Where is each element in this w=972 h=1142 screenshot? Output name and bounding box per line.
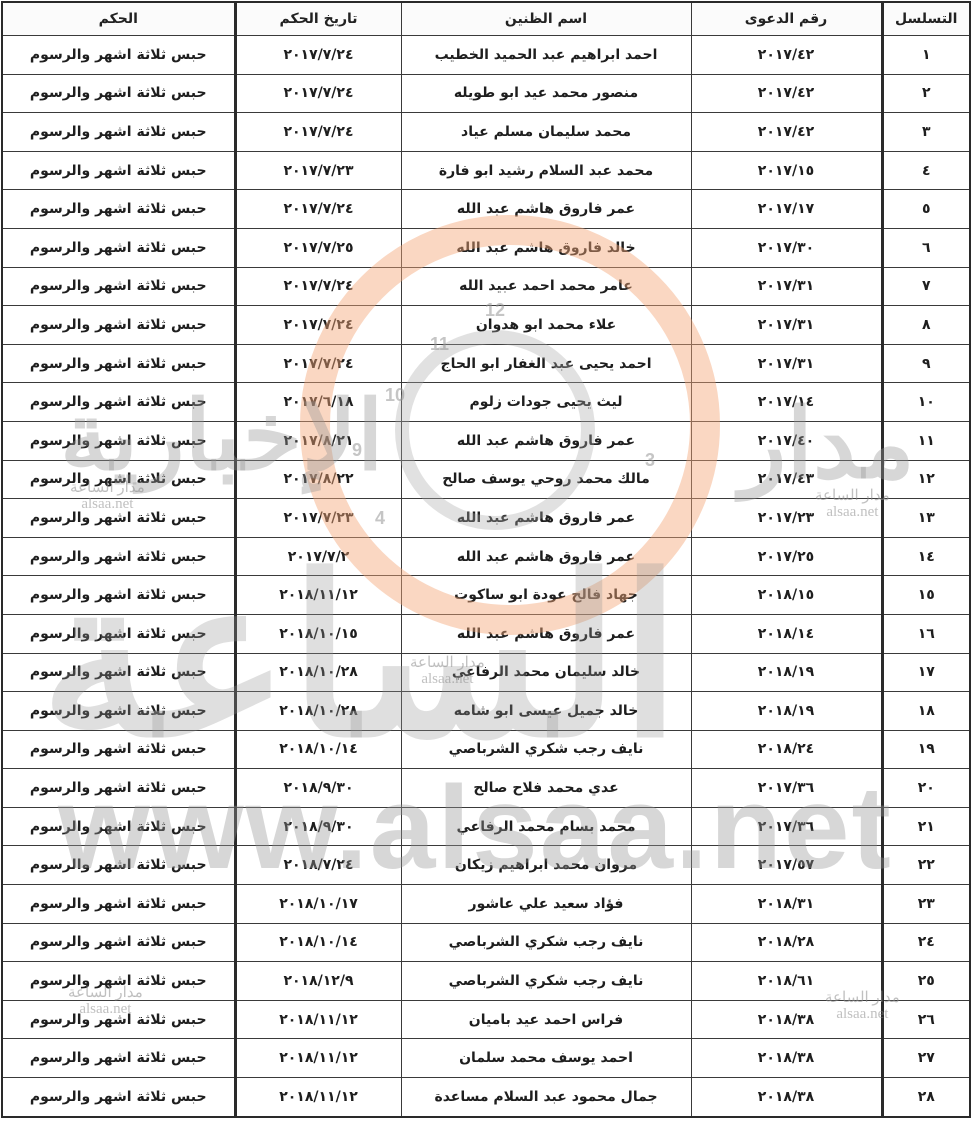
table-row: ٢٢٠١٧/٤٢منصور محمد عيد ابو طويله٢٠١٧/٧/٢…: [2, 74, 970, 113]
serial-cell: ٨: [882, 306, 970, 345]
verdict-date-cell: ٢٠١٨/١٠/٢٨: [235, 692, 401, 731]
verdict-cell: حبس ثلاثة اشهر والرسوم: [2, 344, 235, 383]
case-number-cell: ٢٠١٨/٢٤: [691, 730, 882, 769]
table-row: ١٥٢٠١٨/١٥جهاد فالح عودة ابو ساكوت٢٠١٨/١١…: [2, 576, 970, 615]
verdict-date-cell: ٢٠١٧/٧/٢٥: [235, 228, 401, 267]
serial-cell: ٢٤: [882, 923, 970, 962]
table-row: ١٩٢٠١٨/٢٤نايف رجب شكري الشرباصي٢٠١٨/١٠/١…: [2, 730, 970, 769]
verdict-cell: حبس ثلاثة اشهر والرسوم: [2, 228, 235, 267]
verdict-cell: حبس ثلاثة اشهر والرسوم: [2, 730, 235, 769]
verdict-cell: حبس ثلاثة اشهر والرسوم: [2, 151, 235, 190]
case-number-cell: ٢٠١٨/١٤: [691, 614, 882, 653]
verdict-cell: حبس ثلاثة اشهر والرسوم: [2, 614, 235, 653]
table-row: ١٤٢٠١٧/٢٥عمر فاروق هاشم عبد الله٢٠١٧/٧/٢…: [2, 537, 970, 576]
table-row: ٢٠٢٠١٧/٣٦عدي محمد فلاح صالح٢٠١٨/٩/٣٠حبس …: [2, 769, 970, 808]
defendant-name-cell: خالد جميل عيسى ابو شامه: [401, 692, 691, 731]
verdict-cell: حبس ثلاثة اشهر والرسوم: [2, 576, 235, 615]
table-row: ٢٤٢٠١٨/٢٨نايف رجب شكري الشرباصي٢٠١٨/١٠/١…: [2, 923, 970, 962]
verdict-cell: حبس ثلاثة اشهر والرسوم: [2, 537, 235, 576]
table-row: ١٦٢٠١٨/١٤عمر فاروق هاشم عبد الله٢٠١٨/١٠/…: [2, 614, 970, 653]
table-row: ٥٢٠١٧/١٧عمر فاروق هاشم عبد الله٢٠١٧/٧/٢٤…: [2, 190, 970, 229]
case-number-cell: ٢٠١٧/٣٦: [691, 769, 882, 808]
case-number-cell: ٢٠١٧/١٥: [691, 151, 882, 190]
header-defendant-name: اسم الظنين: [401, 2, 691, 36]
serial-cell: ١٦: [882, 614, 970, 653]
verdict-cell: حبس ثلاثة اشهر والرسوم: [2, 923, 235, 962]
defendant-name-cell: عمر فاروق هاشم عبد الله: [401, 614, 691, 653]
header-serial: التسلسل: [882, 2, 970, 36]
serial-cell: ١٧: [882, 653, 970, 692]
serial-cell: ٢٨: [882, 1078, 970, 1117]
case-number-cell: ٢٠١٨/١٩: [691, 653, 882, 692]
verdict-date-cell: ٢٠١٨/١١/١٢: [235, 1078, 401, 1117]
case-number-cell: ٢٠١٨/٣٨: [691, 1078, 882, 1117]
defendant-name-cell: نايف رجب شكري الشرباصي: [401, 962, 691, 1001]
table-header-row: التسلسل رقم الدعوى اسم الظنين تاريخ الحك…: [2, 2, 970, 36]
defendant-name-cell: محمد سليمان مسلم عياد: [401, 113, 691, 152]
header-verdict: الحكم: [2, 2, 235, 36]
verdict-date-cell: ٢٠١٨/١١/١٢: [235, 1039, 401, 1078]
defendant-name-cell: عمر فاروق هاشم عبد الله: [401, 421, 691, 460]
defendant-name-cell: فؤاد سعيد علي عاشور: [401, 885, 691, 924]
table-row: ١٢٢٠١٧/٤٣مالك محمد روحي يوسف صالح٢٠١٧/٨/…: [2, 460, 970, 499]
case-number-cell: ٢٠١٧/٣٠: [691, 228, 882, 267]
defendant-name-cell: عدي محمد فلاح صالح: [401, 769, 691, 808]
verdict-date-cell: ٢٠١٧/٦/١٨: [235, 383, 401, 422]
verdict-cell: حبس ثلاثة اشهر والرسوم: [2, 113, 235, 152]
defendant-name-cell: احمد يوسف محمد سلمان: [401, 1039, 691, 1078]
verdict-cell: حبس ثلاثة اشهر والرسوم: [2, 499, 235, 538]
verdict-date-cell: ٢٠١٨/١٠/١٤: [235, 730, 401, 769]
case-number-cell: ٢٠١٧/٣١: [691, 306, 882, 345]
defendant-name-cell: محمد عبد السلام رشيد ابو فارة: [401, 151, 691, 190]
serial-cell: ١٠: [882, 383, 970, 422]
verdict-cell: حبس ثلاثة اشهر والرسوم: [2, 306, 235, 345]
table-row: ١٧٢٠١٨/١٩خالد سليمان محمد الرفاعي٢٠١٨/١٠…: [2, 653, 970, 692]
defendant-name-cell: فراس احمد عيد باميان: [401, 1000, 691, 1039]
serial-cell: ٢٢: [882, 846, 970, 885]
case-number-cell: ٢٠١٧/٤٣: [691, 460, 882, 499]
defendant-name-cell: محمد بسام محمد الرفاعي: [401, 807, 691, 846]
defendant-name-cell: نايف رجب شكري الشرباصي: [401, 923, 691, 962]
case-number-cell: ٢٠١٧/٣٦: [691, 807, 882, 846]
defendant-name-cell: احمد ابراهيم عبد الحميد الخطيب: [401, 36, 691, 75]
defendant-name-cell: احمد يحيى عبد الغفار ابو الحاج: [401, 344, 691, 383]
table-row: ١٨٢٠١٨/١٩خالد جميل عيسى ابو شامه٢٠١٨/١٠/…: [2, 692, 970, 731]
verdict-date-cell: ٢٠١٨/١٠/١٤: [235, 923, 401, 962]
verdict-cell: حبس ثلاثة اشهر والرسوم: [2, 190, 235, 229]
case-number-cell: ٢٠١٧/٣١: [691, 344, 882, 383]
case-number-cell: ٢٠١٧/٤٠: [691, 421, 882, 460]
table-row: ٨٢٠١٧/٣١علاء محمد ابو هدوان٢٠١٧/٧/٢٤حبس …: [2, 306, 970, 345]
verdict-cell: حبس ثلاثة اشهر والرسوم: [2, 421, 235, 460]
serial-cell: ١٨: [882, 692, 970, 731]
serial-cell: ٢٦: [882, 1000, 970, 1039]
serial-cell: ١٢: [882, 460, 970, 499]
case-number-cell: ٢٠١٧/١٧: [691, 190, 882, 229]
defendant-name-cell: عامر محمد احمد عبيد الله: [401, 267, 691, 306]
serial-cell: ١٣: [882, 499, 970, 538]
verdict-cell: حبس ثلاثة اشهر والرسوم: [2, 692, 235, 731]
case-number-cell: ٢٠١٨/٣٨: [691, 1039, 882, 1078]
serial-cell: ٢٠: [882, 769, 970, 808]
verdict-date-cell: ٢٠١٧/٨/٢١: [235, 421, 401, 460]
table-row: ٣٢٠١٧/٤٢محمد سليمان مسلم عياد٢٠١٧/٧/٢٤حب…: [2, 113, 970, 152]
verdict-date-cell: ٢٠١٨/١٢/٩: [235, 962, 401, 1001]
verdict-date-cell: ٢٠١٧/٧/٢٣: [235, 499, 401, 538]
table-body: ١٢٠١٧/٤٢احمد ابراهيم عبد الحميد الخطيب٢٠…: [2, 36, 970, 1117]
defendant-name-cell: مالك محمد روحي يوسف صالح: [401, 460, 691, 499]
verdict-date-cell: ٢٠١٨/١٠/٢٨: [235, 653, 401, 692]
verdict-cell: حبس ثلاثة اشهر والرسوم: [2, 74, 235, 113]
table-row: ١٠٢٠١٧/١٤ليث يحيى جودات زلوم٢٠١٧/٦/١٨حبس…: [2, 383, 970, 422]
serial-cell: ٣: [882, 113, 970, 152]
case-number-cell: ٢٠١٨/٦١: [691, 962, 882, 1001]
verdict-cell: حبس ثلاثة اشهر والرسوم: [2, 36, 235, 75]
table-row: ٢٥٢٠١٨/٦١نايف رجب شكري الشرباصي٢٠١٨/١٢/٩…: [2, 962, 970, 1001]
defendant-name-cell: عمر فاروق هاشم عبد الله: [401, 537, 691, 576]
verdict-date-cell: ٢٠١٧/٧/٢٤: [235, 36, 401, 75]
table-row: ٦٢٠١٧/٣٠خالد فاروق هاشم عبد الله٢٠١٧/٧/٢…: [2, 228, 970, 267]
serial-cell: ١١: [882, 421, 970, 460]
serial-cell: ٢: [882, 74, 970, 113]
table-row: ٤٢٠١٧/١٥محمد عبد السلام رشيد ابو فارة٢٠١…: [2, 151, 970, 190]
table-row: ٢٣٢٠١٨/٣١فؤاد سعيد علي عاشور٢٠١٨/١٠/١٧حب…: [2, 885, 970, 924]
case-number-cell: ٢٠١٧/٤٢: [691, 74, 882, 113]
verdict-cell: حبس ثلاثة اشهر والرسوم: [2, 962, 235, 1001]
serial-cell: ٢٧: [882, 1039, 970, 1078]
serial-cell: ٤: [882, 151, 970, 190]
verdict-cell: حبس ثلاثة اشهر والرسوم: [2, 885, 235, 924]
case-number-cell: ٢٠١٧/٤٢: [691, 36, 882, 75]
case-number-cell: ٢٠١٧/٢٣: [691, 499, 882, 538]
defendant-name-cell: مروان محمد ابراهيم زيكان: [401, 846, 691, 885]
verdict-date-cell: ٢٠١٨/١٠/١٧: [235, 885, 401, 924]
table-row: ١١٢٠١٧/٤٠عمر فاروق هاشم عبد الله٢٠١٧/٨/٢…: [2, 421, 970, 460]
verdict-cell: حبس ثلاثة اشهر والرسوم: [2, 460, 235, 499]
verdict-cell: حبس ثلاثة اشهر والرسوم: [2, 1078, 235, 1117]
serial-cell: ٢٥: [882, 962, 970, 1001]
defendant-name-cell: نايف رجب شكري الشرباصي: [401, 730, 691, 769]
verdict-date-cell: ٢٠١٧/٧/٢٤: [235, 344, 401, 383]
verdict-date-cell: ٢٠١٧/٧/٢٤: [235, 267, 401, 306]
verdict-date-cell: ٢٠١٧/٨/٢٢: [235, 460, 401, 499]
verdict-date-cell: ٢٠١٨/١١/١٢: [235, 1000, 401, 1039]
serial-cell: ٥: [882, 190, 970, 229]
table-row: ٢٦٢٠١٨/٣٨فراس احمد عيد باميان٢٠١٨/١١/١٢ح…: [2, 1000, 970, 1039]
verdict-date-cell: ٢٠١٧/٧/٢٤: [235, 306, 401, 345]
verdict-date-cell: ٢٠١٨/١١/١٢: [235, 576, 401, 615]
verdict-date-cell: ٢٠١٨/٩/٣٠: [235, 807, 401, 846]
table-row: ٢١٢٠١٧/٣٦محمد بسام محمد الرفاعي٢٠١٨/٩/٣٠…: [2, 807, 970, 846]
verdict-date-cell: ٢٠١٧/٧/٢٣: [235, 151, 401, 190]
verdict-date-cell: ٢٠١٨/٩/٣٠: [235, 769, 401, 808]
serial-cell: ٩: [882, 344, 970, 383]
serial-cell: ١٤: [882, 537, 970, 576]
serial-cell: ٦: [882, 228, 970, 267]
serial-cell: ٢١: [882, 807, 970, 846]
verdict-date-cell: ٢٠١٨/١٠/١٥: [235, 614, 401, 653]
serial-cell: ٢٣: [882, 885, 970, 924]
verdict-date-cell: ٢٠١٨/٧/٢٤: [235, 846, 401, 885]
serial-cell: ١٥: [882, 576, 970, 615]
defendant-name-cell: جهاد فالح عودة ابو ساكوت: [401, 576, 691, 615]
defendant-name-cell: ليث يحيى جودات زلوم: [401, 383, 691, 422]
defendant-name-cell: منصور محمد عيد ابو طويله: [401, 74, 691, 113]
defendant-name-cell: عمر فاروق هاشم عبد الله: [401, 190, 691, 229]
verdict-cell: حبس ثلاثة اشهر والرسوم: [2, 807, 235, 846]
defendant-name-cell: علاء محمد ابو هدوان: [401, 306, 691, 345]
case-number-cell: ٢٠١٧/٣١: [691, 267, 882, 306]
table-row: ٢٨٢٠١٨/٣٨جمال محمود عبد السلام مساعدة٢٠١…: [2, 1078, 970, 1117]
case-number-cell: ٢٠١٧/٥٧: [691, 846, 882, 885]
serial-cell: ١: [882, 36, 970, 75]
case-number-cell: ٢٠١٨/١٥: [691, 576, 882, 615]
case-number-cell: ٢٠١٧/٢٥: [691, 537, 882, 576]
header-verdict-date: تاريخ الحكم: [235, 2, 401, 36]
verdict-date-cell: ٢٠١٧/٧/٢٤: [235, 190, 401, 229]
table-row: ٩٢٠١٧/٣١احمد يحيى عبد الغفار ابو الحاج٢٠…: [2, 344, 970, 383]
defendant-name-cell: خالد سليمان محمد الرفاعي: [401, 653, 691, 692]
case-number-cell: ٢٠١٧/١٤: [691, 383, 882, 422]
verdict-cell: حبس ثلاثة اشهر والرسوم: [2, 653, 235, 692]
header-case-number: رقم الدعوى: [691, 2, 882, 36]
verdict-cell: حبس ثلاثة اشهر والرسوم: [2, 267, 235, 306]
defendant-name-cell: خالد فاروق هاشم عبد الله: [401, 228, 691, 267]
table-row: ٧٢٠١٧/٣١عامر محمد احمد عبيد الله٢٠١٧/٧/٢…: [2, 267, 970, 306]
case-number-cell: ٢٠١٧/٤٢: [691, 113, 882, 152]
verdict-cell: حبس ثلاثة اشهر والرسوم: [2, 846, 235, 885]
case-number-cell: ٢٠١٨/٣٨: [691, 1000, 882, 1039]
table-row: ١٣٢٠١٧/٢٣عمر فاروق هاشم عبد الله٢٠١٧/٧/٢…: [2, 499, 970, 538]
verdict-date-cell: ٢٠١٧/٧/٢: [235, 537, 401, 576]
verdict-date-cell: ٢٠١٧/٧/٢٤: [235, 113, 401, 152]
verdict-cell: حبس ثلاثة اشهر والرسوم: [2, 769, 235, 808]
case-number-cell: ٢٠١٨/٣١: [691, 885, 882, 924]
table-row: ١٢٠١٧/٤٢احمد ابراهيم عبد الحميد الخطيب٢٠…: [2, 36, 970, 75]
serial-cell: ٧: [882, 267, 970, 306]
verdict-cell: حبس ثلاثة اشهر والرسوم: [2, 1039, 235, 1078]
court-verdict-document: التسلسل رقم الدعوى اسم الظنين تاريخ الحك…: [0, 0, 972, 1142]
defendant-name-cell: جمال محمود عبد السلام مساعدة: [401, 1078, 691, 1117]
case-number-cell: ٢٠١٨/١٩: [691, 692, 882, 731]
defendant-name-cell: عمر فاروق هاشم عبد الله: [401, 499, 691, 538]
serial-cell: ١٩: [882, 730, 970, 769]
verdict-cell: حبس ثلاثة اشهر والرسوم: [2, 383, 235, 422]
table-row: ٢٧٢٠١٨/٣٨احمد يوسف محمد سلمان٢٠١٨/١١/١٢ح…: [2, 1039, 970, 1078]
table-row: ٢٢٢٠١٧/٥٧مروان محمد ابراهيم زيكان٢٠١٨/٧/…: [2, 846, 970, 885]
verdict-cell: حبس ثلاثة اشهر والرسوم: [2, 1000, 235, 1039]
verdicts-table: التسلسل رقم الدعوى اسم الظنين تاريخ الحك…: [1, 1, 971, 1118]
case-number-cell: ٢٠١٨/٢٨: [691, 923, 882, 962]
verdict-date-cell: ٢٠١٧/٧/٢٤: [235, 74, 401, 113]
